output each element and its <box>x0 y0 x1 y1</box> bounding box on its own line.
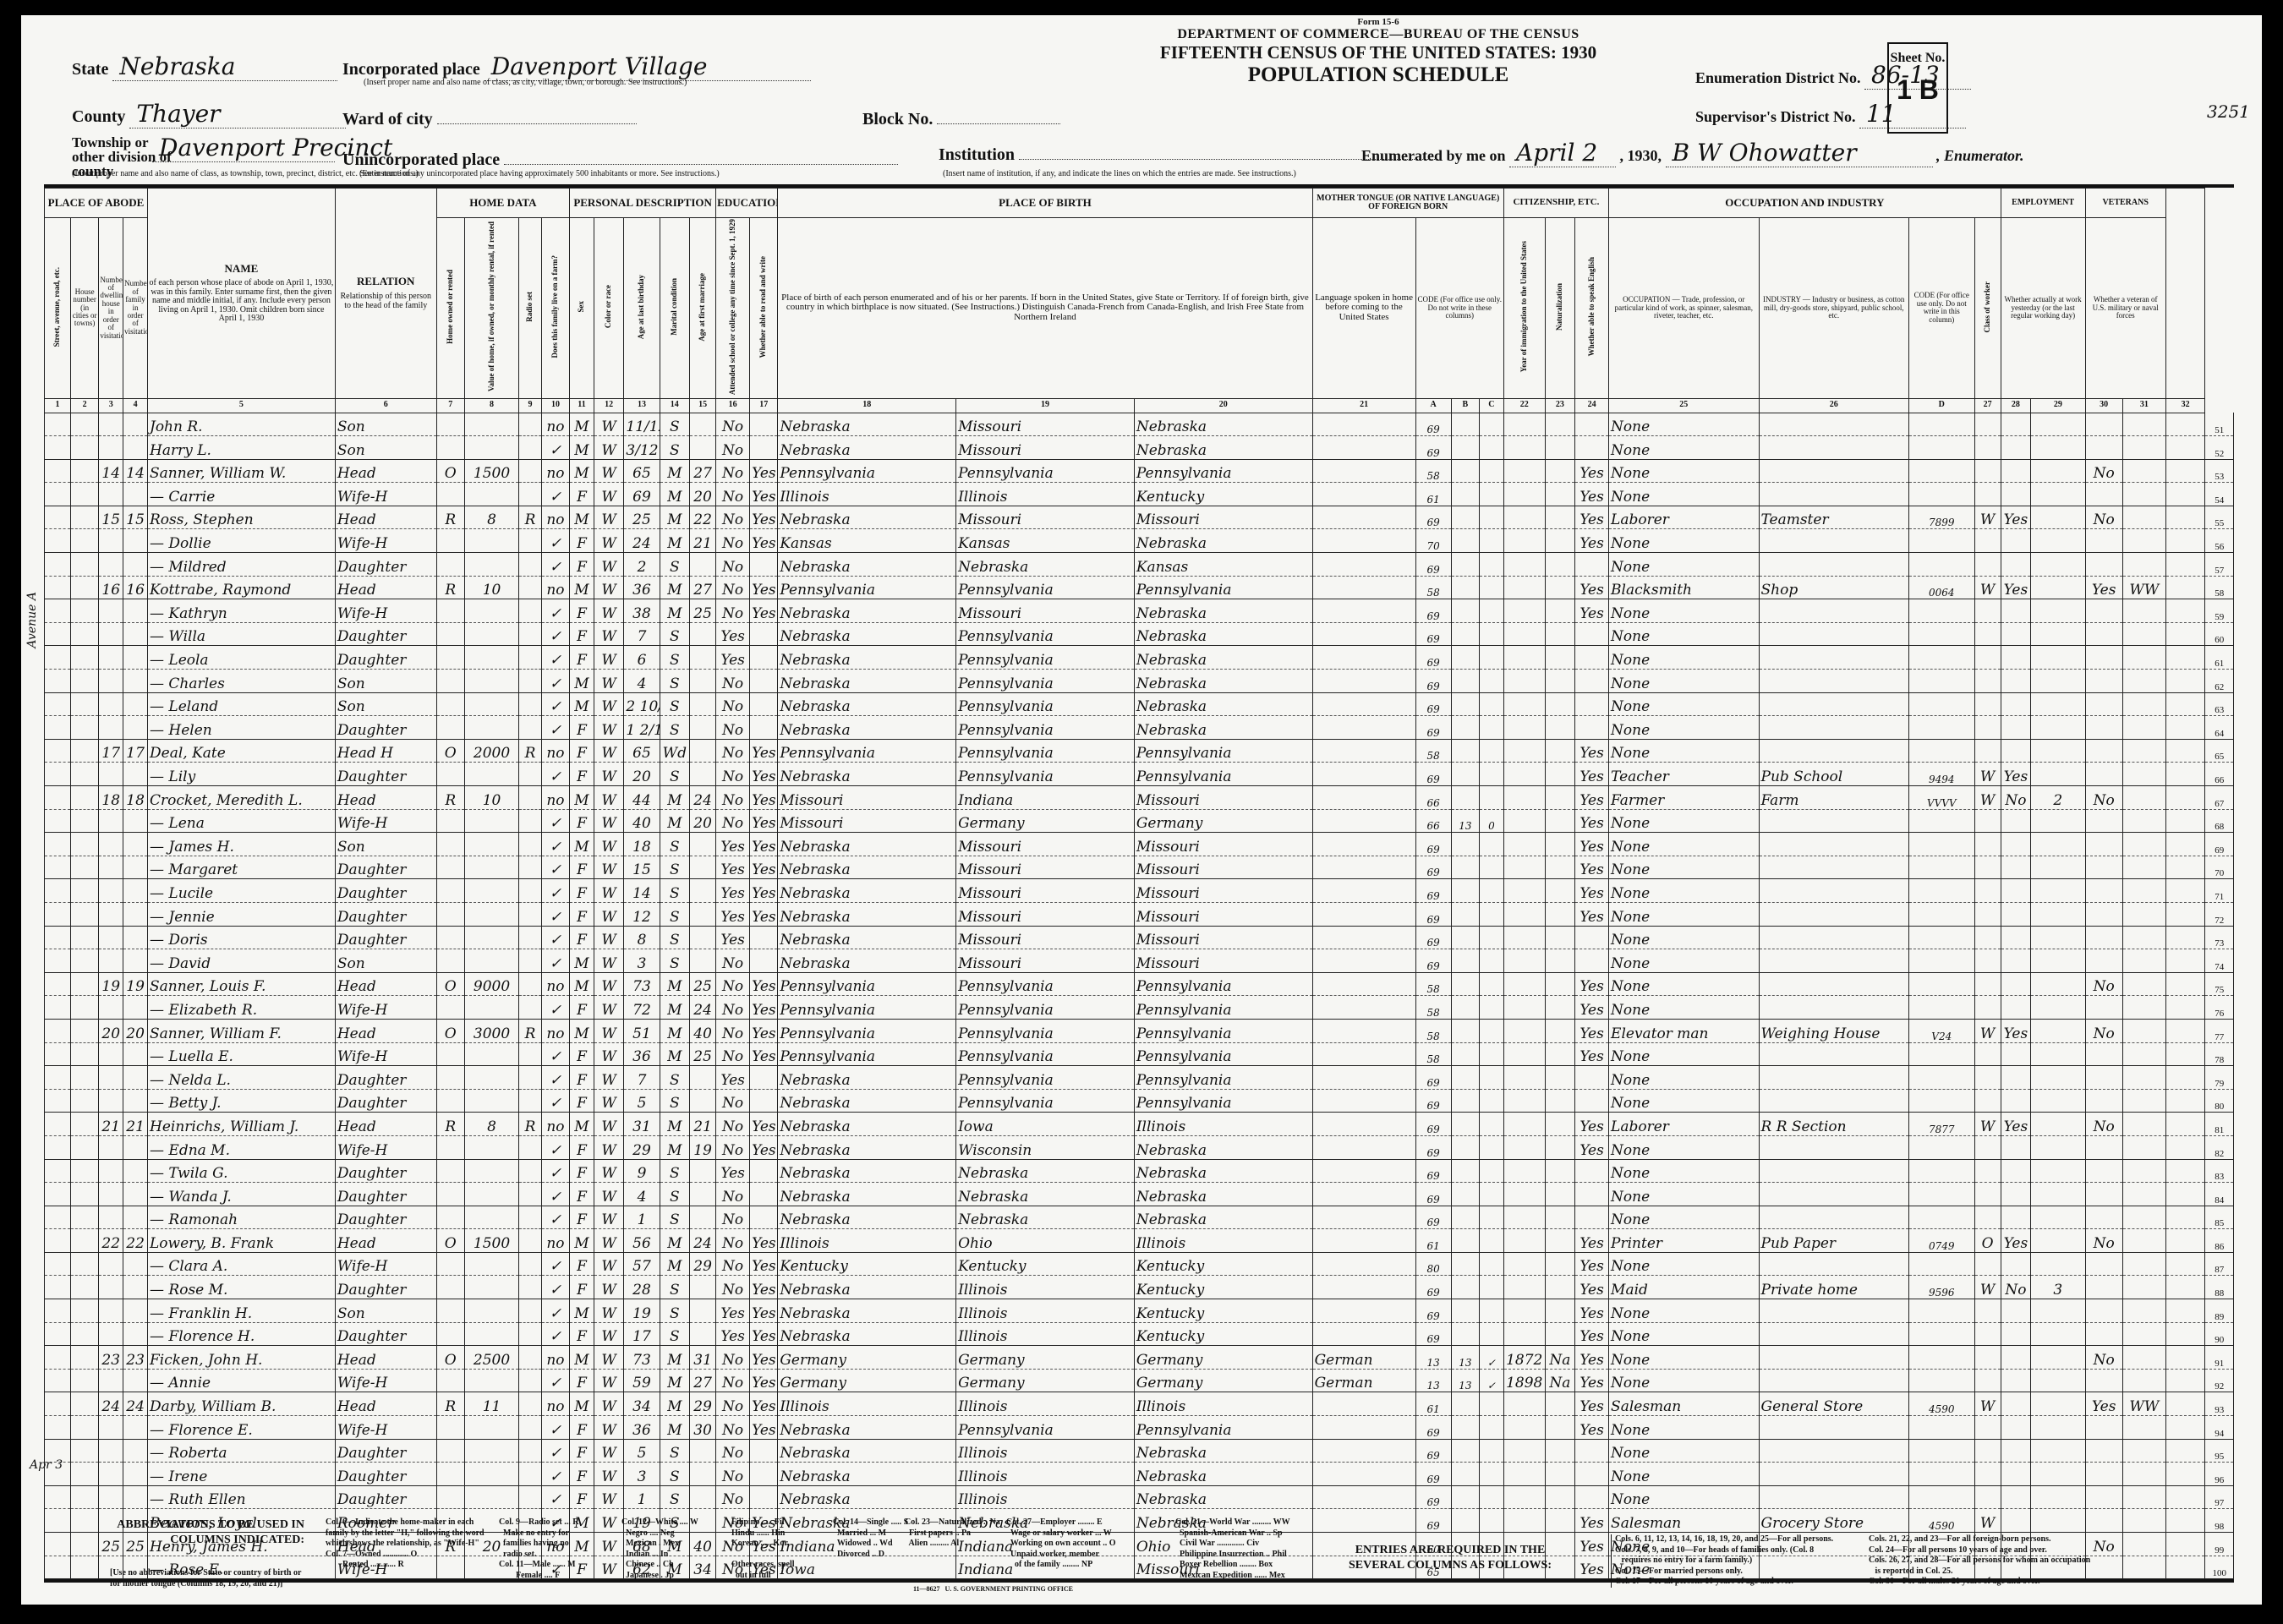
cell-agem <box>690 949 716 973</box>
cell-nat <box>1545 1066 1574 1090</box>
empty-cell <box>71 1416 99 1440</box>
cell-radio <box>519 1439 542 1463</box>
cell-eng <box>1575 413 1609 436</box>
cell-bp: Nebraska <box>778 599 956 623</box>
table-row: — CarrieWife-H✓FW69M20NoYesIllinoisIllin… <box>45 483 2234 506</box>
cell-sch: No <box>716 996 750 1020</box>
cell-rw: Yes <box>750 1229 778 1253</box>
cell-war <box>2122 1113 2165 1136</box>
cell-b <box>1451 553 1479 577</box>
cell-ind <box>1759 1042 1908 1066</box>
cell-rw <box>750 1066 778 1090</box>
cell-race: W <box>594 1276 623 1299</box>
cell-eng: Yes <box>1575 529 1609 553</box>
cell-farm: ✓ <box>541 1322 569 1346</box>
cell-race: W <box>594 786 623 810</box>
cell-name: — Jennie <box>148 902 336 926</box>
cell-nat <box>1545 972 1574 996</box>
cell-name: — Elizabeth R. <box>148 996 336 1020</box>
empty-cell <box>2165 1019 2205 1042</box>
cell-dw <box>99 1485 123 1509</box>
empty-cell <box>2165 1276 2205 1299</box>
cell-sex: M <box>570 1299 594 1323</box>
empty-cell <box>71 670 99 693</box>
cell-work <box>2001 529 2030 553</box>
cell-vet <box>2085 739 2122 763</box>
empty-cell <box>45 1159 71 1183</box>
cell-age: 29 <box>624 1135 660 1159</box>
cell-occ: None <box>1609 459 1759 483</box>
cell-occ: None <box>1609 833 1759 856</box>
cell-war <box>2122 506 2165 529</box>
cell-vet <box>2085 1369 2122 1392</box>
cell-war <box>2122 1229 2165 1253</box>
cell-work <box>2001 1183 2030 1206</box>
cell-nat: Na <box>1545 1346 1574 1370</box>
cell-ind <box>1759 1206 1908 1229</box>
cell-lang <box>1312 529 1415 553</box>
cell-rel: Son <box>335 833 436 856</box>
cell-lang <box>1312 1485 1415 1509</box>
cell-occ: Printer <box>1609 1229 1759 1253</box>
empty-cell <box>45 739 71 763</box>
group-place-of-abode: PLACE OF ABODE <box>45 189 148 218</box>
cell-age: 14 <box>624 879 660 903</box>
cell-b <box>1451 483 1479 506</box>
cell-yr <box>1503 763 1545 786</box>
cell-name: — Franklin H. <box>148 1299 336 1323</box>
column-number: D <box>1908 398 1974 413</box>
cell-bpm: Nebraska <box>1134 436 1312 460</box>
cell-line: 75 <box>2205 972 2234 996</box>
cell-rel: Daughter <box>335 1089 436 1113</box>
cell-c <box>1479 1509 1503 1533</box>
table-row: 1414Sanner, William W.HeadO1500noMW65M27… <box>45 459 2234 483</box>
cell-nat <box>1545 1485 1574 1509</box>
column-number: 14 <box>660 398 689 413</box>
cell-code <box>1908 599 1974 623</box>
print-code: 11—8627 U. S. GOVERNMENT PRINTING OFFICE <box>913 1585 1073 1594</box>
cell-farm: ✓ <box>541 1159 569 1183</box>
cell-mar: S <box>660 553 689 577</box>
cell-vet <box>2085 1463 2122 1486</box>
cell-bp: Nebraska <box>778 763 956 786</box>
cell-code <box>1908 739 1974 763</box>
cell-a: 69 <box>1415 1206 1451 1229</box>
cell-code <box>1908 413 1974 436</box>
cell-line: 52 <box>2205 436 2234 460</box>
cell-rw: Yes <box>750 1369 778 1392</box>
cell-vet <box>2085 622 2122 646</box>
cell-cls <box>1974 1159 2001 1183</box>
cell-name: — Florence E. <box>148 1416 336 1440</box>
cell-val <box>464 1252 518 1276</box>
cell-dw <box>99 553 123 577</box>
cell-val: 10 <box>464 576 518 599</box>
cell-cls <box>1974 413 2001 436</box>
empty-cell <box>2165 1299 2205 1323</box>
cell-bp: Nebraska <box>778 622 956 646</box>
cell-age: 4 <box>624 670 660 693</box>
empty-cell <box>45 1322 71 1346</box>
cell-agem: 21 <box>690 1113 716 1136</box>
column-number: 9 <box>519 398 542 413</box>
cell-lang <box>1312 1392 1415 1416</box>
empty-cell <box>45 483 71 506</box>
cell-cls <box>1974 1463 2001 1486</box>
cell-rw: Yes <box>750 1042 778 1066</box>
cell-occ: None <box>1609 692 1759 716</box>
cell-fam <box>123 716 148 740</box>
empty-cell <box>71 576 99 599</box>
cell-dw <box>99 1089 123 1113</box>
cell-own <box>436 763 464 786</box>
cell-agem <box>690 856 716 879</box>
cell-war <box>2122 1066 2165 1090</box>
empty-cell <box>71 739 99 763</box>
cell-lang <box>1312 1463 1415 1486</box>
cell-val <box>464 413 518 436</box>
cell-vet <box>2085 1485 2122 1509</box>
cell-bpf: Illinois <box>956 483 1135 506</box>
cell-bp: Nebraska <box>778 506 956 529</box>
cell-vet <box>2085 1322 2122 1346</box>
cell-mar: S <box>660 436 689 460</box>
cell-fam: 24 <box>123 1392 148 1416</box>
cell-b <box>1451 1392 1479 1416</box>
cell-rw: Yes <box>750 576 778 599</box>
sheet-number: 1 <box>1897 74 1912 105</box>
cell-mar: M <box>660 1416 689 1440</box>
cell-name: — Annie <box>148 1369 336 1392</box>
cell-line: 98 <box>2205 1509 2234 1533</box>
cell-own <box>436 670 464 693</box>
cell-nat <box>1545 413 1574 436</box>
cell-cls: W <box>1974 763 2001 786</box>
empty-cell <box>45 1229 71 1253</box>
column-number: 22 <box>1503 398 1545 413</box>
cell-a: 61 <box>1415 1229 1451 1253</box>
cell-name: — Nelda L. <box>148 1066 336 1090</box>
cell-sex: M <box>570 506 594 529</box>
cell-occ: Blacksmith <box>1609 576 1759 599</box>
cell-eng <box>1575 692 1609 716</box>
cell-b <box>1451 692 1479 716</box>
cell-age: 15 <box>624 856 660 879</box>
cell-agem: 31 <box>690 1346 716 1370</box>
cell-rw: Yes <box>750 902 778 926</box>
cell-a: 69 <box>1415 1089 1451 1113</box>
entries-required-title: ENTRIES ARE REQUIRED IN THE SEVERAL COLU… <box>1349 1543 1552 1572</box>
cell-radio <box>519 1369 542 1392</box>
cell-rel: Wife-H <box>335 483 436 506</box>
cell-farm: ✓ <box>541 996 569 1020</box>
cell-lang <box>1312 763 1415 786</box>
cell-lang <box>1312 1159 1415 1183</box>
cell-mar: M <box>660 809 689 833</box>
cell-mar: M <box>660 1252 689 1276</box>
cell-code <box>1908 622 1974 646</box>
cell-war: WW <box>2122 576 2165 599</box>
cell-c <box>1479 996 1503 1020</box>
cell-yr <box>1503 1252 1545 1276</box>
cell-cls <box>1974 972 2001 996</box>
cell-dw <box>99 809 123 833</box>
cell-eng: Yes <box>1575 809 1609 833</box>
cell-race: W <box>594 1113 623 1136</box>
cell-lang <box>1312 1183 1415 1206</box>
cell-mar: S <box>660 1089 689 1113</box>
cell-dw <box>99 622 123 646</box>
cell-age: 19 <box>624 1299 660 1323</box>
table-row: 2323Ficken, John H.HeadO2500noMW73M31NoY… <box>45 1346 2234 1370</box>
cell-eng: Yes <box>1575 1019 1609 1042</box>
cell-farm: no <box>541 1346 569 1370</box>
cell-nat <box>1545 1089 1574 1113</box>
cell-fam <box>123 436 148 460</box>
cell-a: 61 <box>1415 1392 1451 1416</box>
cell-ind <box>1759 972 1908 996</box>
cell-radio <box>519 1066 542 1090</box>
cell-mar: S <box>660 833 689 856</box>
cell-mar: M <box>660 1392 689 1416</box>
cell-sch: No <box>716 670 750 693</box>
cell-work: Yes <box>2001 1113 2030 1136</box>
cell-radio <box>519 856 542 879</box>
cell-war <box>2122 1089 2165 1113</box>
cell-occ: None <box>1609 622 1759 646</box>
cell-bp: Nebraska <box>778 692 956 716</box>
cell-age: 20 <box>624 763 660 786</box>
cell-rel: Head <box>335 1346 436 1370</box>
cell-rel: Daughter <box>335 1439 436 1463</box>
cell-c: 0 <box>1479 809 1503 833</box>
cell-cls <box>1974 879 2001 903</box>
cell-fam <box>123 763 148 786</box>
population-schedule-table: PLACE OF ABODE NAMEof each person whose … <box>44 184 2234 1583</box>
cell-sex: M <box>570 670 594 693</box>
cell-nat <box>1545 1322 1574 1346</box>
cell-bpf: Nebraska <box>956 1159 1135 1183</box>
cell-rw <box>750 622 778 646</box>
cell-ind <box>1759 1416 1908 1440</box>
cell-lang <box>1312 996 1415 1020</box>
cell-name: Crocket, Meredith L. <box>148 786 336 810</box>
cell-vet <box>2085 1159 2122 1183</box>
cell-lang <box>1312 506 1415 529</box>
cell-radio <box>519 902 542 926</box>
cell-rw: Yes <box>750 856 778 879</box>
cell-yr: 1898 <box>1503 1369 1545 1392</box>
cell-eng: Yes <box>1575 599 1609 623</box>
cell-sex: F <box>570 1089 594 1113</box>
cell-sex: F <box>570 996 594 1020</box>
cell-farm: no <box>541 576 569 599</box>
cell-war <box>2122 879 2165 903</box>
empty-cell <box>45 763 71 786</box>
cell-sex: F <box>570 622 594 646</box>
cell-agem: 30 <box>690 1416 716 1440</box>
cell-yr <box>1503 1439 1545 1463</box>
cell-race: W <box>594 1019 623 1042</box>
cell-farm: ✓ <box>541 1206 569 1229</box>
cell-own <box>436 1322 464 1346</box>
cell-own <box>436 949 464 973</box>
cell-rel: Wife-H <box>335 1252 436 1276</box>
cell-lang <box>1312 716 1415 740</box>
cell-ind <box>1759 1369 1908 1392</box>
cell-sch: No <box>716 739 750 763</box>
cell-fam <box>123 879 148 903</box>
group-name: NAMEof each person whose place of abode … <box>148 189 336 399</box>
cell-bpm: Missouri <box>1134 879 1312 903</box>
cell-radio <box>519 926 542 949</box>
cell-mar: S <box>660 692 689 716</box>
cell-val <box>464 1463 518 1486</box>
empty-cell <box>71 553 99 577</box>
cell-b <box>1451 1322 1479 1346</box>
cell-bp: Illinois <box>778 483 956 506</box>
cell-rel: Daughter <box>335 763 436 786</box>
cell-own: R <box>436 506 464 529</box>
cell-fam <box>123 949 148 973</box>
empty-cell <box>71 1089 99 1113</box>
cell-val <box>464 879 518 903</box>
cell-rel: Daughter <box>335 1159 436 1183</box>
cell-race: W <box>594 1229 623 1253</box>
cell-work <box>2001 1159 2030 1183</box>
cell-bpf: Illinois <box>956 1276 1135 1299</box>
cell-war <box>2122 1276 2165 1299</box>
cell-name: — Florence H. <box>148 1322 336 1346</box>
cell-agem: 24 <box>690 996 716 1020</box>
cell-val <box>464 483 518 506</box>
cell-fam <box>123 692 148 716</box>
cell-b <box>1451 1089 1479 1113</box>
cell-a: 69 <box>1415 1299 1451 1323</box>
cell-lang <box>1312 1322 1415 1346</box>
group-home-data: HOME DATA <box>436 189 569 218</box>
empty-cell <box>2165 1252 2205 1276</box>
column-number: A <box>1415 398 1451 413</box>
cell-agem <box>690 436 716 460</box>
cell-bpm: Missouri <box>1134 786 1312 810</box>
cell-c <box>1479 879 1503 903</box>
cell-bpf: Pennsylvania <box>956 692 1135 716</box>
cell-war <box>2122 483 2165 506</box>
cell-rel: Daughter <box>335 646 436 670</box>
cell-sex: F <box>570 1416 594 1440</box>
cell-radio <box>519 1485 542 1509</box>
cell-mar: M <box>660 1346 689 1370</box>
cell-yr <box>1503 1392 1545 1416</box>
cell-fam <box>123 1042 148 1066</box>
cell-mar: S <box>660 1463 689 1486</box>
cell-ind <box>1759 1252 1908 1276</box>
cell-unemp <box>2031 436 2085 460</box>
cell-dw: 22 <box>99 1229 123 1253</box>
empty-cell <box>2165 483 2205 506</box>
cell-agem <box>690 763 716 786</box>
cell-bp: Missouri <box>778 786 956 810</box>
cell-yr <box>1503 879 1545 903</box>
cell-nat <box>1545 506 1574 529</box>
cell-dw: 18 <box>99 786 123 810</box>
table-row: Harry L.Son✓MW3/12SNoNebraskaMissouriNeb… <box>45 436 2234 460</box>
cell-rel: Wife-H <box>335 996 436 1020</box>
cell-a: 69 <box>1415 1463 1451 1486</box>
cell-farm: ✓ <box>541 926 569 949</box>
cell-a: 58 <box>1415 739 1451 763</box>
cell-sex: F <box>570 529 594 553</box>
institution-hint: (Insert name of institution, if any, and… <box>943 169 1296 178</box>
cell-c <box>1479 622 1503 646</box>
table-row: — AnnieWife-H✓FW59M27NoYesGermanyGermany… <box>45 1369 2234 1392</box>
cell-b <box>1451 576 1479 599</box>
empty-cell <box>71 809 99 833</box>
cell-mar: S <box>660 949 689 973</box>
cell-own <box>436 622 464 646</box>
cell-b <box>1451 413 1479 436</box>
cell-nat <box>1545 763 1574 786</box>
cell-b <box>1451 1416 1479 1440</box>
cell-mar: S <box>660 1485 689 1509</box>
cell-val <box>464 1159 518 1183</box>
entries-required-b: Cols. 21, 22, and 23—For all foreign-bor… <box>1869 1534 2090 1588</box>
cell-rw: Yes <box>750 1135 778 1159</box>
column-number: 21 <box>1312 398 1415 413</box>
cell-fam: 22 <box>123 1229 148 1253</box>
table-row: — IreneDaughter✓FW3SNoNebraskaIllinoisNe… <box>45 1463 2234 1486</box>
cell-nat <box>1545 436 1574 460</box>
cell-rel: Son <box>335 413 436 436</box>
cell-race: W <box>594 1206 623 1229</box>
cell-bpm: Kentucky <box>1134 1276 1312 1299</box>
cell-war <box>2122 553 2165 577</box>
cell-fam <box>123 599 148 623</box>
cell-bpf: Missouri <box>956 833 1135 856</box>
table-row: — Twila G.Daughter✓FW9SYesNebraskaNebras… <box>45 1159 2234 1183</box>
cell-rw: Yes <box>750 1276 778 1299</box>
cell-sex: F <box>570 646 594 670</box>
cell-cls <box>1974 1322 2001 1346</box>
cell-lang <box>1312 879 1415 903</box>
cell-eng: Yes <box>1575 1276 1609 1299</box>
cell-dw <box>99 599 123 623</box>
cell-vet <box>2085 1252 2122 1276</box>
empty-cell <box>45 996 71 1020</box>
cell-eng: Yes <box>1575 1556 1609 1579</box>
cell-work <box>2001 972 2030 996</box>
cell-war <box>2122 716 2165 740</box>
state-field: State Nebraska <box>72 52 337 81</box>
cell-eng: Yes <box>1575 1042 1609 1066</box>
column-number: 10 <box>541 398 569 413</box>
cell-rel: Daughter <box>335 553 436 577</box>
cell-vet <box>2085 529 2122 553</box>
column-number: 5 <box>148 398 336 413</box>
cell-agem <box>690 1066 716 1090</box>
cell-bp: Nebraska <box>778 833 956 856</box>
column-number: 11 <box>570 398 594 413</box>
cell-radio <box>519 692 542 716</box>
cell-occ: None <box>1609 1485 1759 1509</box>
cell-race: W <box>594 1369 623 1392</box>
cell-own <box>436 1042 464 1066</box>
cell-work <box>2001 1042 2030 1066</box>
cell-sex: F <box>570 1135 594 1159</box>
footnote-col27: Col. 27—Employer ........ E Wage or sala… <box>1006 1517 1116 1571</box>
